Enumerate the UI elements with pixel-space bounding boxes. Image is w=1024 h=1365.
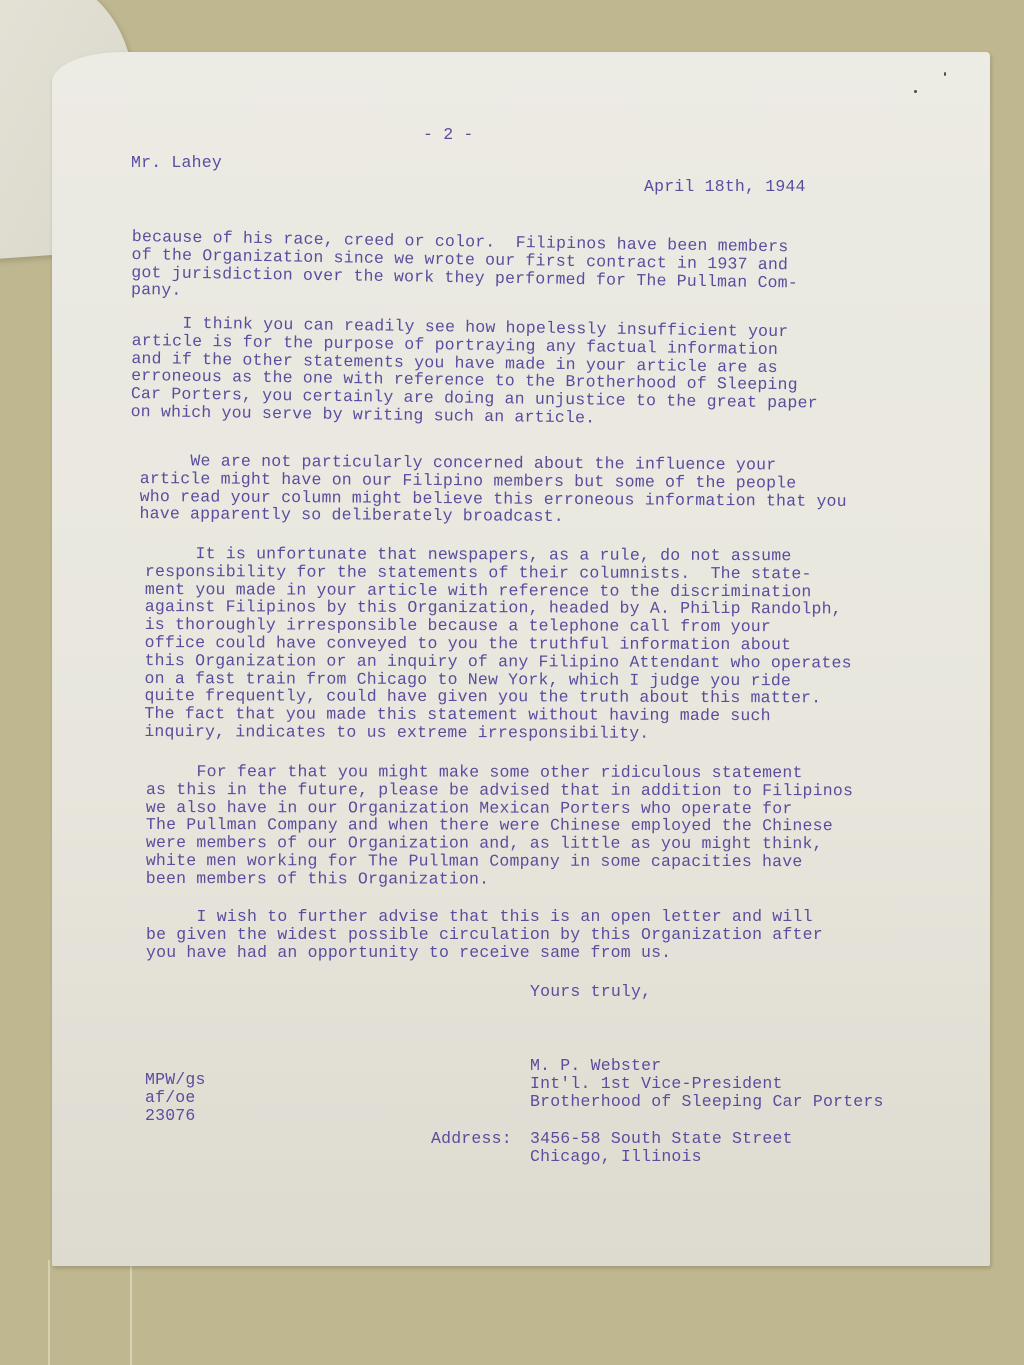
signature-block: M. P. Webster Int'l. 1st Vice-President …	[530, 1057, 884, 1110]
paragraph-4: It is unfortunate that newspapers, as a …	[144, 545, 852, 743]
paragraph-1: because of his race, creed or color. Fil…	[131, 228, 799, 310]
reference-initials: MPW/gs af/oe 23076	[145, 1071, 206, 1124]
address: 3456-58 South State Street Chicago, Illi…	[530, 1130, 793, 1166]
paragraph-5: For fear that you might make some other …	[146, 763, 853, 889]
paper-speck	[914, 90, 917, 93]
folder-crease	[48, 1260, 50, 1365]
page-number: - 2 -	[423, 126, 474, 144]
address-label: Address:	[431, 1130, 512, 1148]
closing: Yours truly,	[530, 983, 651, 1001]
paper-speck	[944, 72, 946, 76]
letter-date: April 18th, 1944	[644, 178, 806, 196]
folder-crease	[130, 1265, 132, 1365]
recipient-name: Mr. Lahey	[131, 154, 222, 172]
paragraph-6: I wish to further advise that this is an…	[146, 908, 823, 961]
paragraph-3: We are not particularly concerned about …	[140, 452, 848, 528]
paragraph-2: I think you can readily see how hopeless…	[131, 314, 819, 430]
